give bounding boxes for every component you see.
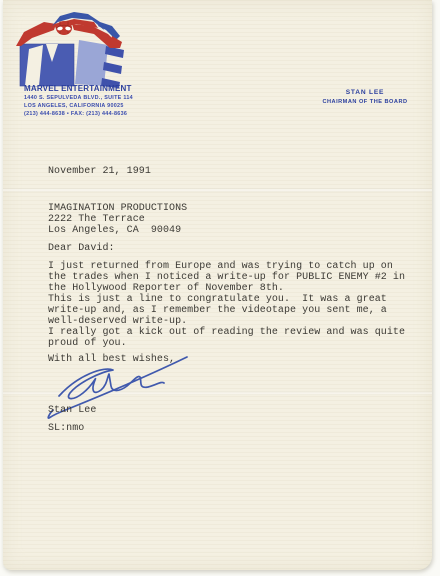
body-line: I just returned from Europe and was tryi… [48,261,393,272]
fold-crease-top [3,188,432,192]
body-line: write-up and, as I remember the videotap… [48,305,387,316]
officer-title: CHAIRMAN OF THE BOARD [300,99,430,105]
recipient-city: Los Angeles, CA 90049 [48,225,181,236]
salutation: Dear David: [48,243,115,254]
recipient-company: IMAGINATION PRODUCTIONS [48,203,187,214]
body-line: the trades when I noticed a write-up for… [48,272,405,283]
recipient-street: 2222 The Terrace [48,214,145,225]
body-line: I really got a kick out of reading the r… [48,327,405,338]
company-address-city: LOS ANGELES, CALIFORNIA 90025 [24,103,124,109]
officer-name: STAN LEE [300,89,430,96]
letter-paper: MARVEL ENTERTAINMENT 1440 S. SEPULVEDA B… [3,0,432,570]
body-line: the Hollywood Reporter of November 8th. [48,283,284,294]
company-phone-fax: (213) 444-8638 • FAX: (213) 444-8636 [24,111,127,117]
body-line: This is just a line to congratulate you.… [48,294,387,305]
body-line: well-deserved write-up. [48,316,187,327]
company-address-street: 1440 S. SEPULVEDA BLVD., SUITE 114 [24,95,133,101]
company-name: MARVEL ENTERTAINMENT [24,84,132,93]
signed-name: Stan Lee [48,405,96,416]
reference-initials: SL:nmo [48,423,84,434]
body-line: proud of you. [48,338,127,349]
me-monogram-m-block [20,44,74,86]
officer-block: STAN LEE CHAIRMAN OF THE BOARD [300,89,430,105]
marvel-me-logo [16,8,132,90]
spiderman-icon [16,12,122,48]
stan-lee-signature [38,350,203,428]
letter-date: November 21, 1991 [48,166,151,177]
